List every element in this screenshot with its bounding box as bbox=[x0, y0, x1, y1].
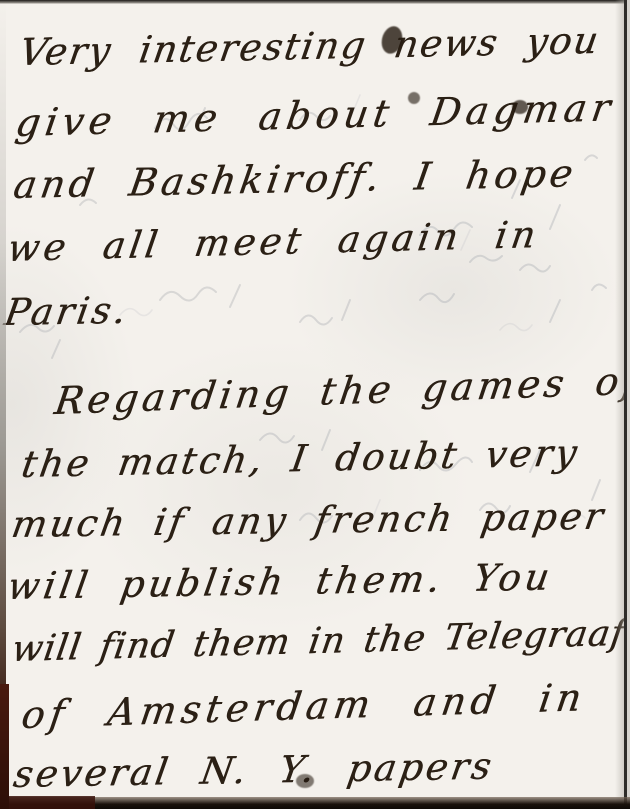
handwriting-line-6: Regarding the games of bbox=[52, 361, 630, 420]
scan-edge-bottom-left bbox=[0, 796, 95, 809]
handwriting-line-8: much if any french paper bbox=[9, 498, 608, 543]
handwriting-line-10: will find them in the Telegraaf bbox=[9, 616, 627, 668]
handwriting-line-3: and Bashkiroff. I hope bbox=[11, 154, 579, 204]
scan-corner-bottom-left bbox=[0, 684, 9, 809]
ink-blot bbox=[512, 100, 528, 114]
handwriting-line-4: we all meet again in bbox=[5, 216, 542, 267]
ink-blot bbox=[296, 774, 314, 788]
ink-blot bbox=[408, 92, 420, 104]
letter-page: Very interesting news you give me about … bbox=[0, 0, 630, 809]
handwriting-line-11: of Amsterdam and in bbox=[19, 678, 588, 734]
handwriting-line-2: give me about Dagmar bbox=[13, 88, 618, 142]
handwriting-line-12: several N. Y. papers bbox=[11, 748, 497, 793]
handwriting-line-1: Very interesting news you bbox=[17, 22, 602, 71]
scan-edge-top bbox=[0, 0, 630, 4]
handwriting-line-5: Paris. bbox=[2, 292, 131, 331]
handwriting-line-7: the match, I doubt very bbox=[19, 434, 582, 483]
handwriting-line-9: will publish them. You bbox=[5, 558, 556, 605]
